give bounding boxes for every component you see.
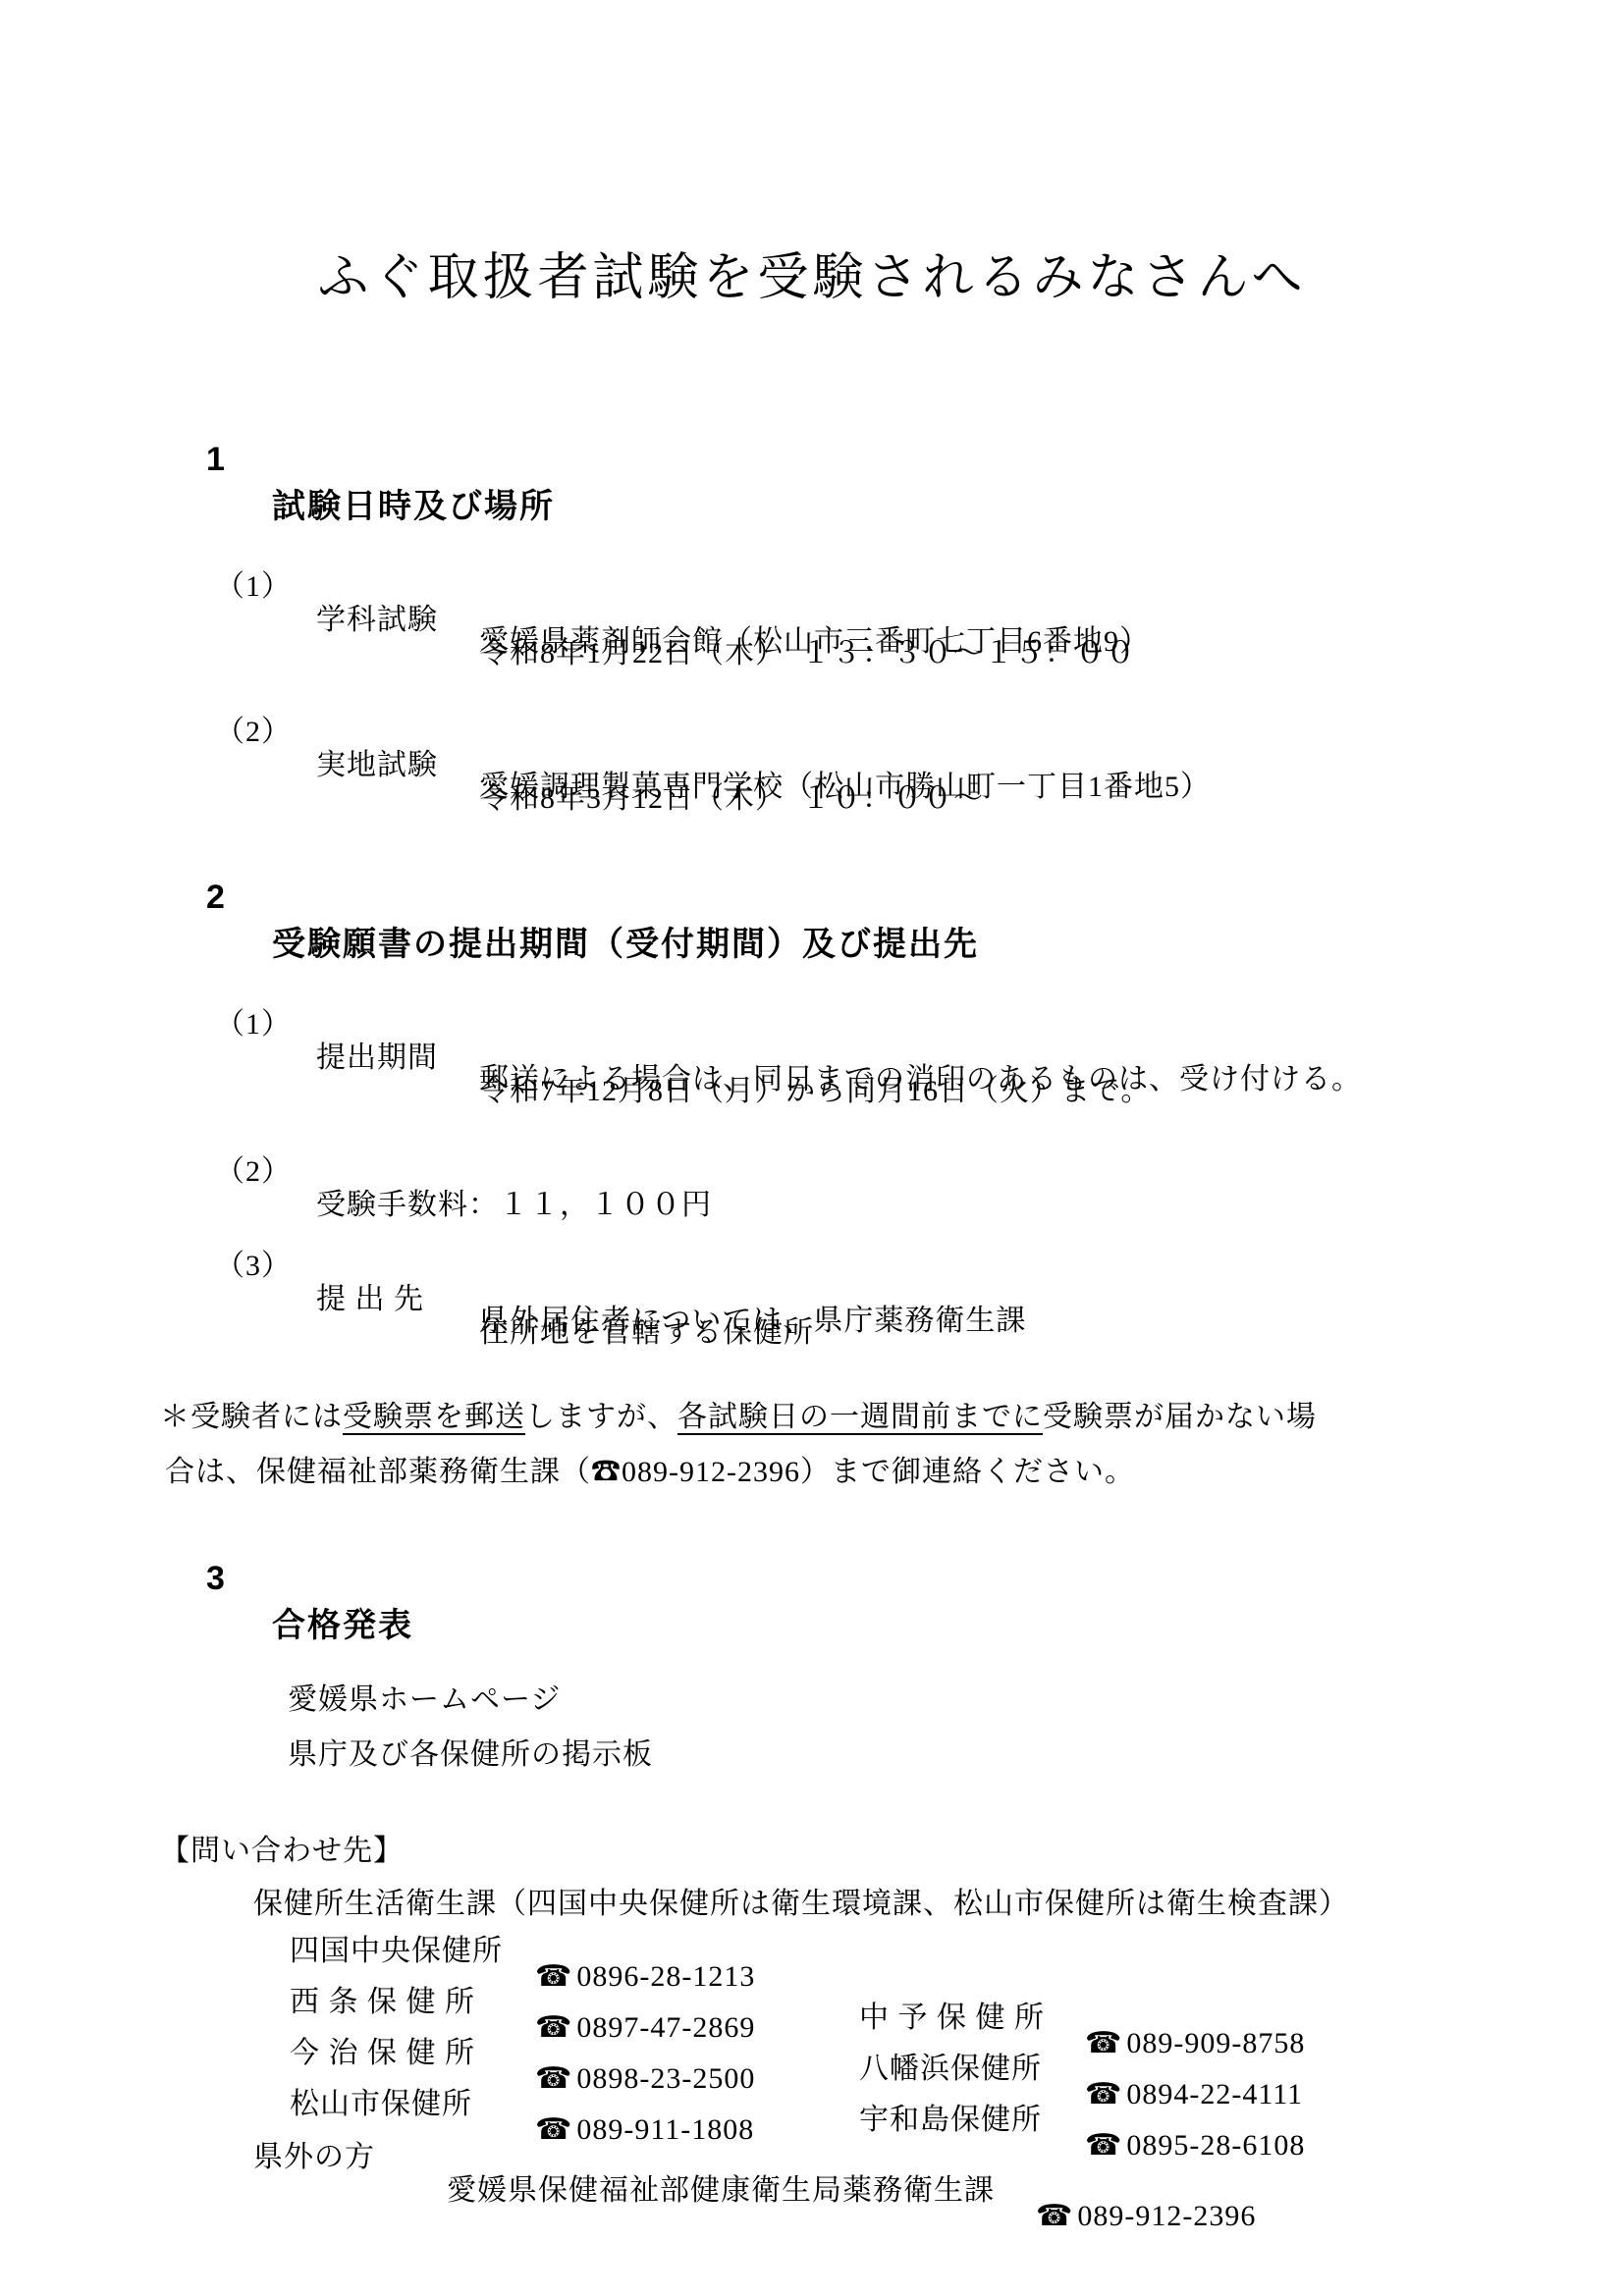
document-page: ふぐ取扱者試験を受験されるみなさんへ 1 試験日時及び場所 （1） 学科試験 令… bbox=[0, 0, 1624, 2296]
announcement-board: 県庁及び各保健所の掲示板 bbox=[288, 1730, 653, 1773]
announcement-board-row: 県庁及び各保健所の掲示板 bbox=[0, 1696, 1624, 1796]
written-exam-venue-row: 愛媛県薬剤師会館（松山市三番町七丁目6番地9） bbox=[0, 583, 1624, 683]
item-marker: （2） bbox=[215, 1147, 292, 1190]
document-title: ふぐ取扱者試験を受験されるみなさんへ bbox=[0, 236, 1624, 309]
section-1-number: 1 bbox=[206, 441, 227, 479]
outside-prefecture-org: 愛媛県保健福祉部健康衛生局薬務衛生課 bbox=[447, 2165, 995, 2209]
tel-number: 089-912-2396 bbox=[1077, 2200, 1256, 2232]
practical-exam-venue-row: 愛媛調理製菓専門学校（松山市勝山町一丁目1番地5） bbox=[0, 728, 1624, 828]
outside-prefecture-tel: ☎089-912-2396 bbox=[1036, 2199, 1256, 2233]
exam-ticket-note-row-2: 合は、保健福祉部薬務衛生課（☎089-912-2396）まで御連絡ください。 bbox=[0, 1414, 1624, 1514]
contact-outside-row: 県外の方 愛媛県保健福祉部健康衛生局薬務衛生課 ☎089-912-2396 bbox=[0, 2099, 1624, 2266]
section-1-title: 試験日時及び場所 bbox=[272, 479, 555, 527]
outside-residents-note: 県外居住者については、県庁薬務衛生課 bbox=[479, 1296, 1026, 1339]
section-2-number: 2 bbox=[206, 879, 227, 917]
outside-residents-row: 県外居住者については、県庁薬務衛生課 bbox=[0, 1262, 1624, 1362]
section-3-number: 3 bbox=[206, 1560, 227, 1598]
outside-prefecture-label: 県外の方 bbox=[253, 2132, 375, 2175]
written-exam-venue: 愛媛県薬剤師会館（松山市三番町七丁目6番地9） bbox=[479, 616, 1150, 660]
mail-note-row: 郵送による場合は、同日までの消印のあるものは、受け付ける。 bbox=[0, 1021, 1624, 1121]
section-3-title: 合格発表 bbox=[272, 1598, 413, 1646]
mail-note: 郵送による場合は、同日までの消印のあるものは、受け付ける。 bbox=[479, 1054, 1362, 1097]
practical-exam-venue: 愛媛調理製菓専門学校（松山市勝山町一丁目1番地5） bbox=[479, 762, 1211, 805]
exam-ticket-note-line-2: 合は、保健福祉部薬務衛生課（☎089-912-2396）まで御連絡ください。 bbox=[165, 1447, 1135, 1490]
phone-icon: ☎ bbox=[1036, 2200, 1077, 2232]
section-2-title: 受験願書の提出期間（受付期間）及び提出先 bbox=[272, 917, 979, 965]
